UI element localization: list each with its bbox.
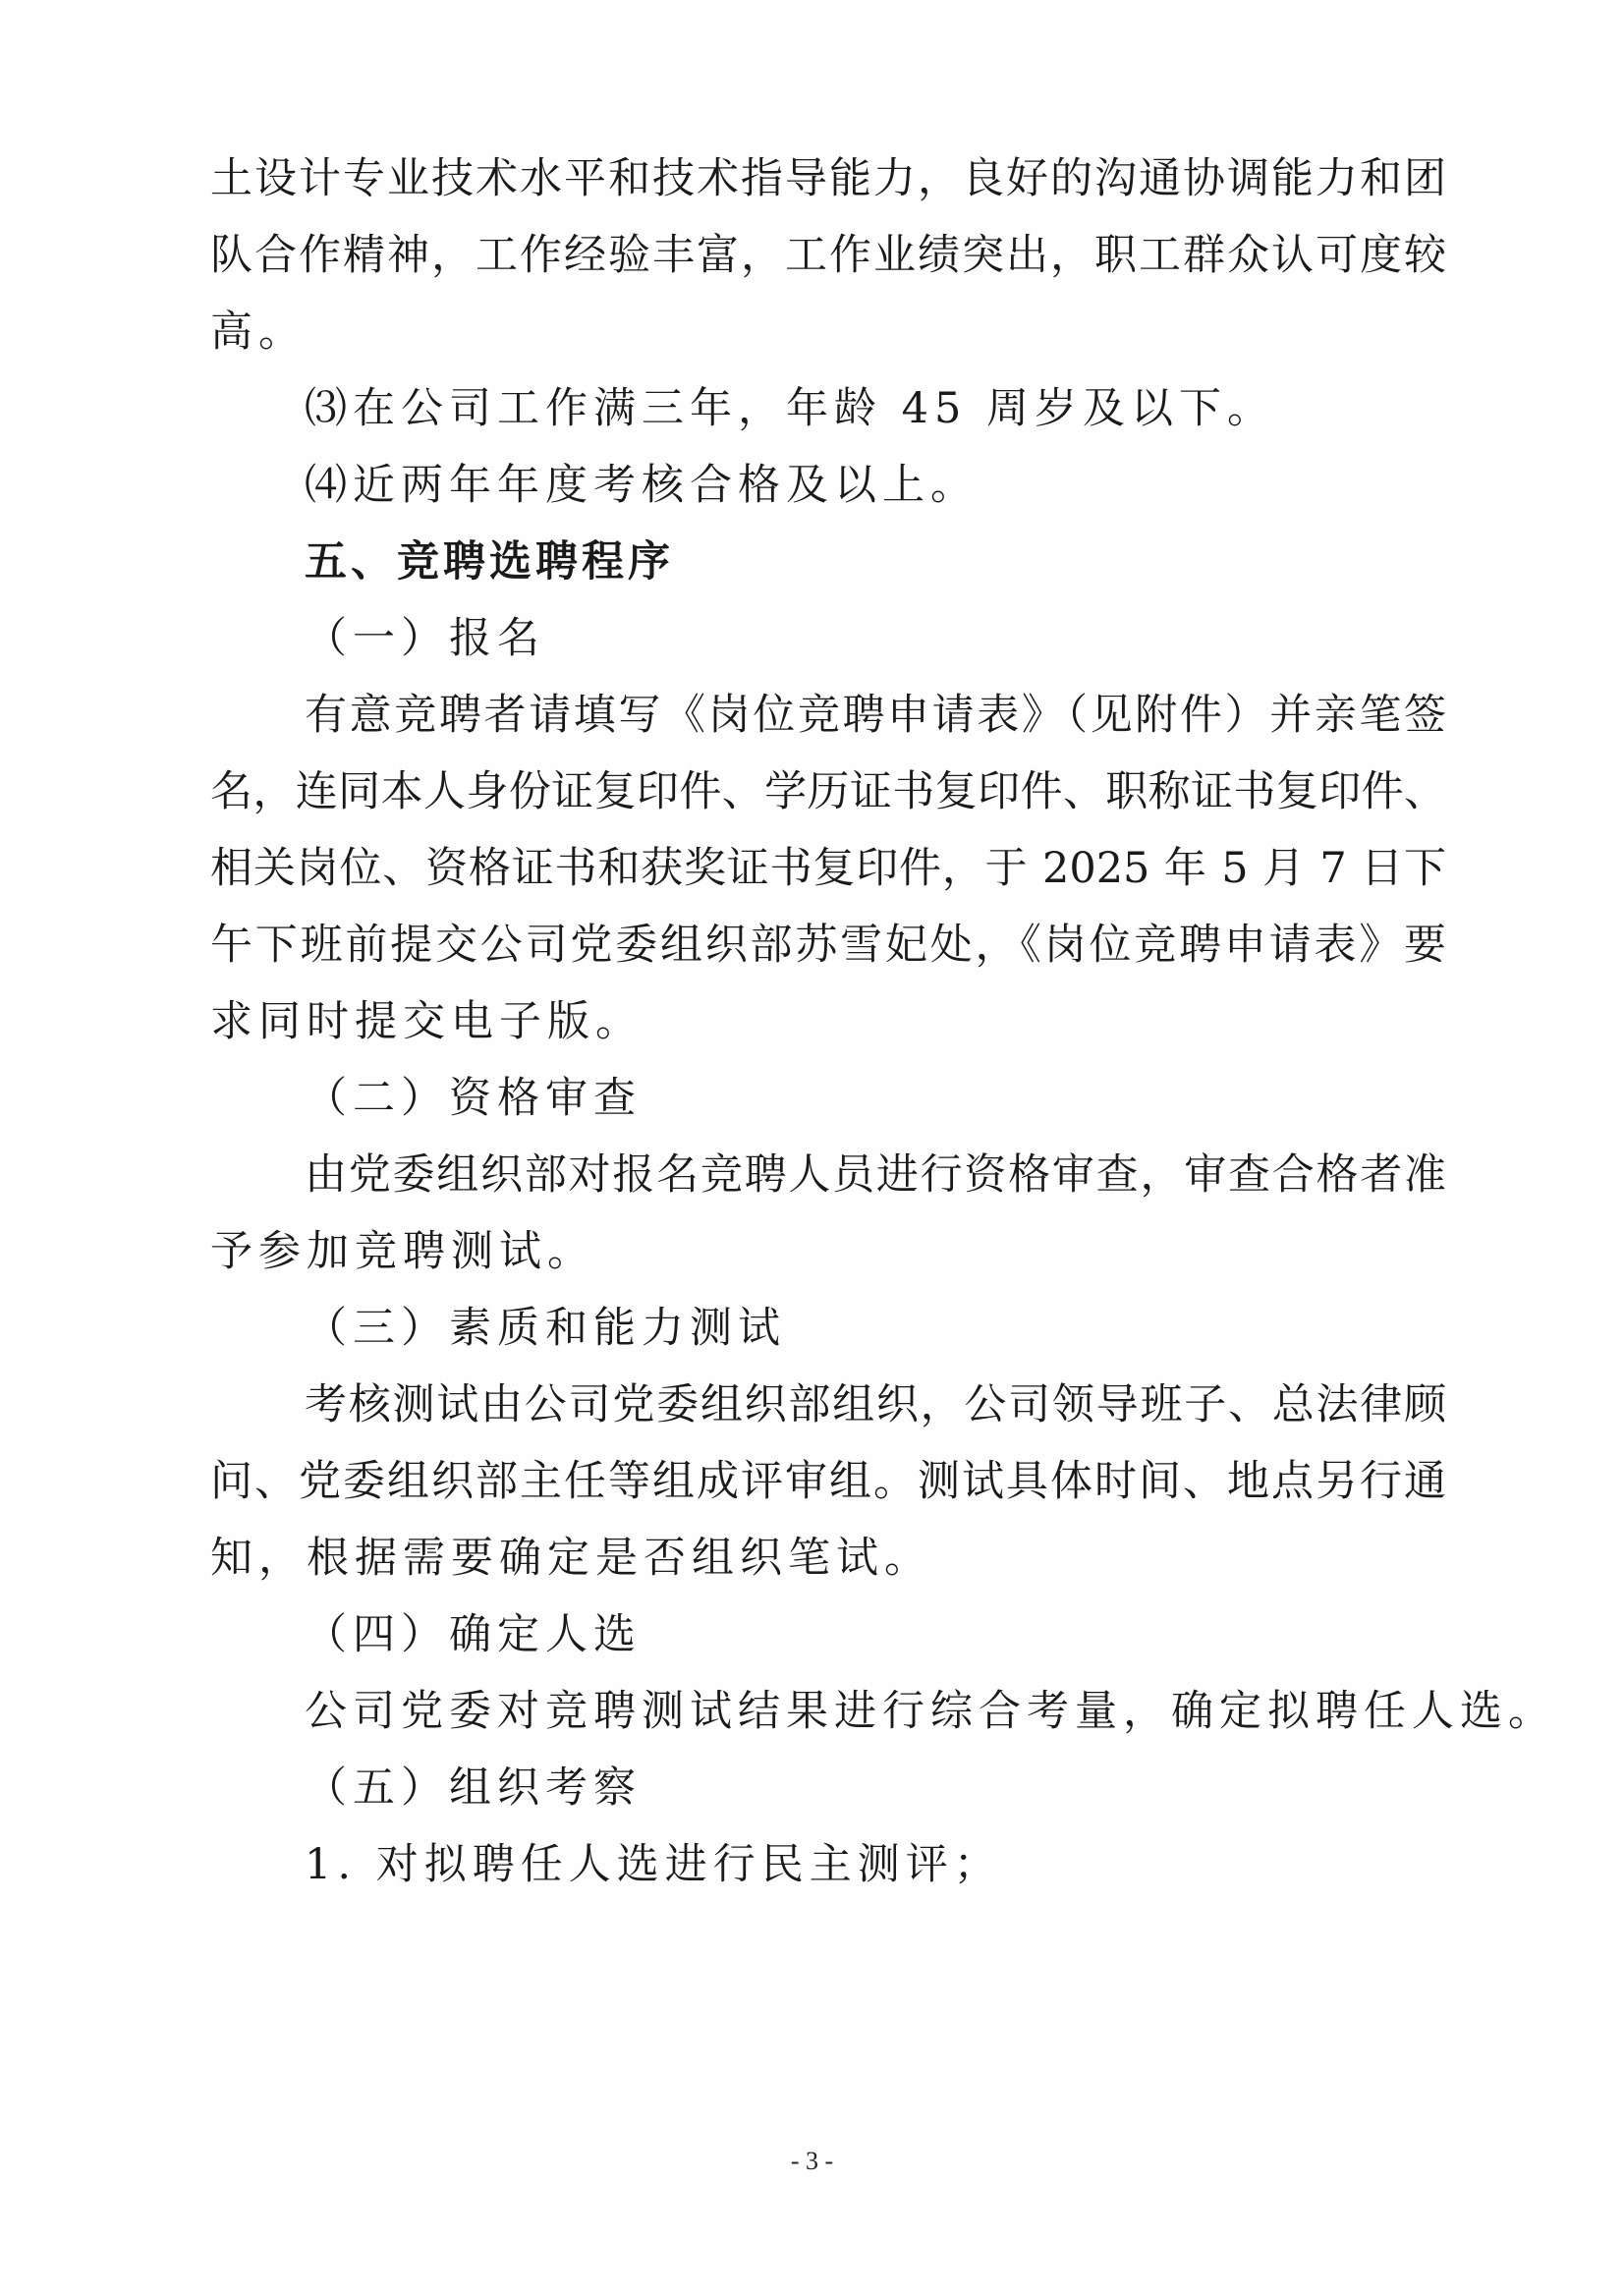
subheading-ability-test: （三）素质和能力测试: [305, 1299, 1540, 1358]
paragraph-start: 由党委组织部对报名竞聘人员进行资格审查，审查合格者准: [305, 1146, 1446, 1204]
body-text-line: 知，根据需要确定是否组织笔试。: [210, 1529, 1446, 1588]
body-text-line: 求同时提交电子版。: [210, 992, 1446, 1051]
body-text-line: 午下班前提交公司党委组织部苏雪妃处，《岗位竞聘申请表》要: [210, 916, 1446, 975]
body-text-line: 名，连同本人身份证复印件、学历证书复印件、职称证书复印件、: [210, 762, 1446, 821]
body-text-line: 土设计专业技术水平和技术指导能力，良好的沟通协调能力和团: [210, 149, 1446, 208]
list-item-1: 1. 对拟聘任人选进行民主测评；: [305, 1835, 1540, 1894]
requirement-item-4: ⑷近两年年度考核合格及以上。: [305, 456, 1540, 515]
document-page: 土设计专业技术水平和技术指导能力，良好的沟通协调能力和团 队合作精神，工作经验丰…: [0, 0, 1624, 2295]
page-number: - 3 -: [0, 2147, 1624, 2176]
paragraph-start: 有意竞聘者请填写《岗位竞聘申请表》（见附件）并亲笔签: [305, 686, 1446, 745]
paragraph-start: 公司党委对竞聘测试结果进行综合考量，确定拟聘任人选。: [305, 1682, 1446, 1741]
requirement-item-3: ⑶在公司工作满三年，年龄 45 周岁及以下。: [305, 379, 1540, 438]
section-heading-5: 五、竞聘选聘程序: [305, 532, 1540, 591]
body-text-line: 相关岗位、资格证书和获奖证书复印件，于 2025 年 5 月 7 日下: [210, 839, 1446, 898]
paragraph-start: 考核测试由公司党委组织部组织，公司领导班子、总法律顾: [305, 1375, 1446, 1434]
body-text-line: 队合作精神，工作经验丰富，工作业绩突出，职工群众认可度较: [210, 226, 1446, 285]
subheading-qualification-review: （二）资格审查: [305, 1069, 1540, 1128]
body-text-line: 予参加竞聘测试。: [210, 1222, 1446, 1281]
subheading-inspection: （五）组织考察: [305, 1759, 1540, 1818]
subheading-determine-candidate: （四）确定人选: [305, 1605, 1540, 1664]
body-text-line: 问、党委组织部主任等组成评审组。测试具体时间、地点另行通: [210, 1452, 1446, 1511]
subheading-registration: （一）报名: [305, 609, 1540, 668]
body-text-line: 高。: [210, 303, 1446, 362]
